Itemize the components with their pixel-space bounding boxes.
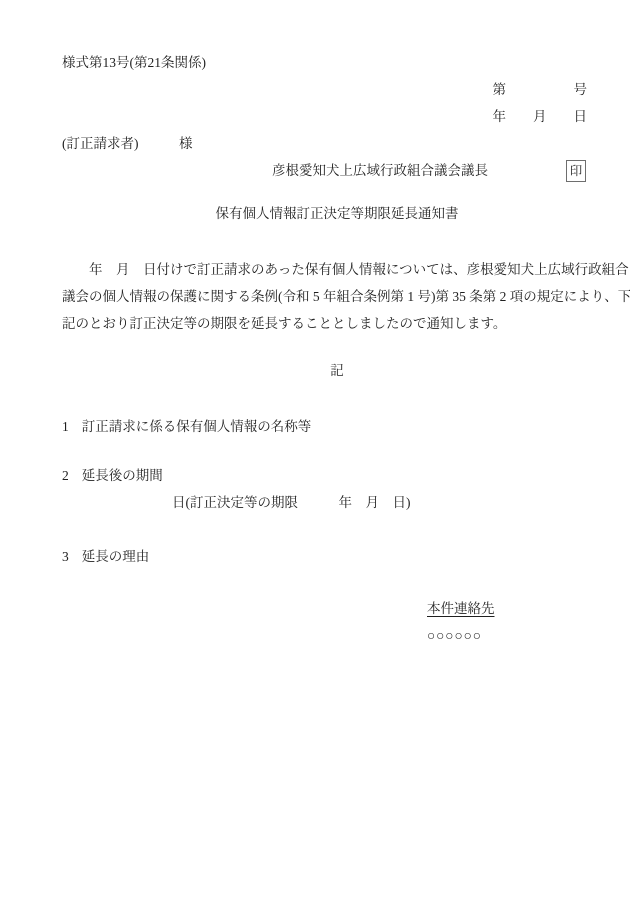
document-title: 保有個人情報訂正決定等期限延長通知書 xyxy=(62,200,612,227)
sender-title: 彦根愛知犬上広域行政組合議会議長 xyxy=(272,157,488,184)
list-item-2: 2延長後の期間 xyxy=(62,462,612,489)
ki-marker: 記 xyxy=(62,357,612,384)
body-paragraph: 年 月 日付けで訂正請求のあった保有個人情報については、彦根愛知犬上広域行政組合… xyxy=(62,256,612,337)
item-number: 1 xyxy=(62,413,69,440)
paragraph-line: 記のとおり訂正決定等の期限を延長することとしましたので通知します。 xyxy=(62,310,612,337)
sender-line: 彦根愛知犬上広域行政組合議会議長 印 xyxy=(62,157,612,184)
list-item-3: 3延長の理由 xyxy=(62,543,612,570)
document-page: 様式第13号(第21条関係) 第 号 年 月 日 (訂正請求者) 様 彦根愛知犬… xyxy=(0,0,630,903)
form-number: 様式第13号(第21条関係) xyxy=(62,49,612,76)
item-label: 訂正請求に係る保有個人情報の名称等 xyxy=(82,419,312,434)
addressee-line: (訂正請求者) 様 xyxy=(62,130,612,157)
item-label: 延長後の期間 xyxy=(82,468,163,483)
paragraph-line: 議会の個人情報の保護に関する条例(令和 5 年組合条例第 1 号)第 35 条第… xyxy=(62,283,612,310)
seal-stamp-box: 印 xyxy=(566,160,586,182)
contact-block: 本件連絡先 ○○○○○○ xyxy=(62,595,612,649)
item-label: 延長の理由 xyxy=(82,549,150,564)
item-2-deadline-line: 日(訂正決定等の期限 年 月 日) xyxy=(62,489,612,516)
date-line: 年 月 日 xyxy=(62,103,612,130)
contact-value: ○○○○○○ xyxy=(427,622,612,649)
contact-heading: 本件連絡先 xyxy=(427,595,612,622)
list-item-1: 1訂正請求に係る保有個人情報の名称等 xyxy=(62,413,612,440)
doc-number-line: 第 号 xyxy=(62,76,612,103)
item-number: 2 xyxy=(62,462,69,489)
item-number: 3 xyxy=(62,543,69,570)
paragraph-line: 年 月 日付けで訂正請求のあった保有個人情報については、彦根愛知犬上広域行政組合 xyxy=(62,256,612,283)
